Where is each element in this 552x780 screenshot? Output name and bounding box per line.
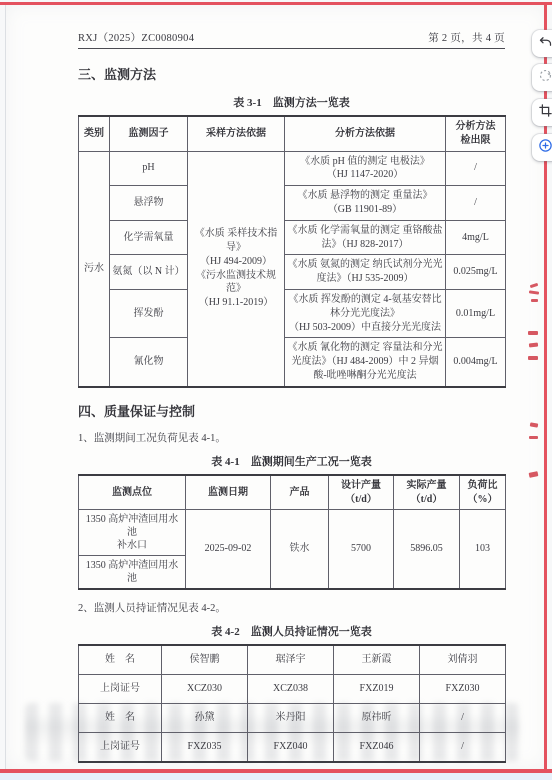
- red-stamp-fragment: [529, 436, 538, 439]
- background-strip: [0, 773, 552, 780]
- detection-limit-cell: /: [446, 186, 506, 221]
- col-header: 监测因子: [110, 116, 188, 151]
- red-stamp-fragment: [528, 356, 538, 360]
- crop-button[interactable]: [532, 99, 552, 126]
- certificate-number: FXZ019: [334, 675, 420, 704]
- analysis-method-cell: 《水质 pH 值的测定 电极法》 （HJ 1147-2020）: [285, 151, 446, 186]
- row-label: 上岗证号: [79, 675, 162, 704]
- person-name: 王新霞: [334, 645, 420, 674]
- col-header: 分析方法依据: [285, 116, 446, 151]
- detection-limit-cell: 0.025mg/L: [446, 255, 506, 290]
- table-4-2-title: 表 4-2 监测人员持证情况一览表: [78, 623, 505, 639]
- analysis-method-cell: 《水质 悬浮物的测定 重量法》 （GB 11901-89）: [285, 186, 446, 221]
- red-stamp-fragment: [528, 331, 538, 335]
- note-1: 1、监测期间工况负荷见表 4-1。: [78, 430, 505, 445]
- undo-icon: [538, 34, 552, 54]
- factor-cell: 悬浮物: [110, 186, 188, 221]
- table-row: 氰化物 《水质 氰化物的测定 容量法和分光光度法》（HJ 484-2009）中 …: [79, 338, 506, 387]
- document-content: RXJ（2025）ZC0080904 第 2 页，共 4 页 三、监测方法 表 …: [78, 30, 505, 780]
- undo-button[interactable]: [532, 30, 552, 57]
- analysis-method-cell: 《水质 化学需氧量的测定 重铬酸盐法》（HJ 828-2017）: [285, 220, 446, 255]
- person-name: 米丹阳: [248, 703, 334, 732]
- category-cell: 污水: [79, 151, 110, 387]
- factor-cell: pH: [110, 151, 188, 186]
- col-header: 监测日期: [186, 475, 271, 510]
- factor-cell: 化学需氧量: [110, 220, 188, 255]
- actual-output-cell: 5896.05: [394, 510, 460, 590]
- person-name: 侯智鹏: [162, 645, 248, 674]
- product-cell: 铁水: [271, 510, 329, 590]
- certificate-number: FXZ030: [420, 675, 506, 704]
- col-header: 实际产量 （t/d）: [394, 475, 460, 510]
- section-4-heading: 四、质量保证与控制: [78, 401, 505, 420]
- table-row: 污水 pH 《水质 采样技术指导》 （HJ 494-2009） 《污水监测技术规…: [79, 151, 506, 186]
- table-header-row: 类别 监测因子 采样方法依据 分析方法依据 分析方法 检出限: [79, 116, 506, 151]
- col-header: 类别: [79, 116, 110, 151]
- certificate-number: XCZ038: [248, 675, 334, 704]
- design-output-cell: 5700: [329, 510, 394, 590]
- sampling-method-cell: 《水质 采样技术指导》 （HJ 494-2009） 《污水监测技术规范》 （HJ…: [188, 151, 285, 387]
- table-row: 上岗证号 XCZ030 XCZ038 FXZ019 FXZ030: [79, 675, 506, 704]
- table-4-1-title: 表 4-1 监测期间生产工况一览表: [78, 453, 505, 469]
- page-header: RXJ（2025）ZC0080904 第 2 页，共 4 页: [78, 30, 505, 49]
- col-header: 设计产量 （t/d）: [329, 475, 394, 510]
- certificate-number: /: [420, 732, 506, 761]
- monitoring-point-cell: 1350 高炉冲渣回用水池 补水口: [79, 510, 186, 556]
- factor-cell: 氨氮（以 N 计）: [110, 255, 188, 290]
- detection-limit-cell: 4mg/L: [446, 220, 506, 255]
- note-2: 2、监测人员持证情况见表 4-2。: [78, 600, 505, 615]
- personnel-certificates-table: 姓 名 侯智鹏 琚泽宇 王新霞 刘倩羽 上岗证号 XCZ030 XCZ038 F…: [78, 644, 506, 762]
- crop-icon: [538, 103, 552, 123]
- certificate-number: FXZ035: [162, 732, 248, 761]
- table-row: 氨氮（以 N 计） 《水质 氨氮的测定 纳氏试剂分光光度法》（HJ 535-20…: [79, 255, 506, 290]
- analysis-method-cell: 《水质 挥发酚的测定 4-氨基安替比林分光光度法》 （HJ 503-2009）中…: [285, 289, 446, 337]
- col-header: 产品: [271, 475, 329, 510]
- date-cell: 2025-09-02: [186, 510, 271, 590]
- table-row: 姓 名 孙黛 米丹阳 原祎昕 /: [79, 703, 506, 732]
- row-label: 姓 名: [79, 703, 162, 732]
- load-ratio-cell: 103: [460, 510, 506, 590]
- rotate-button[interactable]: [532, 64, 552, 91]
- person-name: /: [420, 703, 506, 732]
- col-header: 负荷比 （%）: [460, 475, 506, 510]
- zoom-in-icon: [538, 138, 552, 158]
- page-number: 第 2 页，共 4 页: [428, 30, 505, 45]
- monitoring-point-cell: 1350 高炉冲渣回用水池: [79, 556, 186, 590]
- person-name: 原祎昕: [334, 703, 420, 732]
- detection-limit-cell: 0.01mg/L: [446, 289, 506, 337]
- row-label: 姓 名: [79, 645, 162, 674]
- rotate-icon: [538, 68, 552, 88]
- certificate-number: FXZ046: [334, 732, 420, 761]
- table-row: 化学需氧量 《水质 化学需氧量的测定 重铬酸盐法》（HJ 828-2017） 4…: [79, 220, 506, 255]
- col-header: 监测点位: [79, 475, 186, 510]
- certificate-number: FXZ040: [248, 732, 334, 761]
- crop-frame-top[interactable]: [0, 2, 552, 5]
- factor-cell: 氰化物: [110, 338, 188, 387]
- table-row: 姓 名 侯智鹏 琚泽宇 王新霞 刘倩羽: [79, 645, 506, 674]
- table-3-1-title: 表 3-1 监测方法一览表: [78, 94, 505, 110]
- col-header: 分析方法 检出限: [446, 116, 506, 151]
- scan-preview: RXJ（2025）ZC0080904 第 2 页，共 4 页 三、监测方法 表 …: [0, 0, 552, 780]
- person-name: 刘倩羽: [420, 645, 506, 674]
- detection-limit-cell: 0.004mg/L: [446, 338, 506, 387]
- col-header: 采样方法依据: [188, 116, 285, 151]
- analysis-method-cell: 《水质 氨氮的测定 纳氏试剂分光光度法》（HJ 535-2009）: [285, 255, 446, 290]
- red-stamp-fragment: [531, 299, 538, 302]
- section-3-heading: 三、监测方法: [78, 64, 505, 83]
- crop-frame-bottom[interactable]: [0, 769, 552, 773]
- factor-cell: 挥发酚: [110, 289, 188, 337]
- table-row: 1350 高炉冲渣回用水池 补水口 2025-09-02 铁水 5700 589…: [79, 510, 506, 556]
- production-conditions-table: 监测点位 监测日期 产品 设计产量 （t/d） 实际产量 （t/d） 负荷比 （…: [78, 474, 506, 591]
- table-row: 悬浮物 《水质 悬浮物的测定 重量法》 （GB 11901-89） /: [79, 186, 506, 221]
- table-header-row: 监测点位 监测日期 产品 设计产量 （t/d） 实际产量 （t/d） 负荷比 （…: [79, 475, 506, 510]
- person-name: 琚泽宇: [248, 645, 334, 674]
- zoom-in-button[interactable]: [532, 134, 552, 161]
- report-number: RXJ（2025）ZC0080904: [78, 30, 194, 45]
- certificate-number: XCZ030: [162, 675, 248, 704]
- row-label: 上岗证号: [79, 732, 162, 761]
- table-row: 上岗证号 FXZ035 FXZ040 FXZ046 /: [79, 732, 506, 761]
- person-name: 孙黛: [162, 703, 248, 732]
- table-row: 挥发酚 《水质 挥发酚的测定 4-氨基安替比林分光光度法》 （HJ 503-20…: [79, 289, 506, 337]
- monitoring-methods-table: 类别 监测因子 采样方法依据 分析方法依据 分析方法 检出限 污水 pH 《水质…: [78, 115, 506, 388]
- detection-limit-cell: /: [446, 151, 506, 186]
- analysis-method-cell: 《水质 氰化物的测定 容量法和分光光度法》（HJ 484-2009）中 2 异烟…: [285, 338, 446, 387]
